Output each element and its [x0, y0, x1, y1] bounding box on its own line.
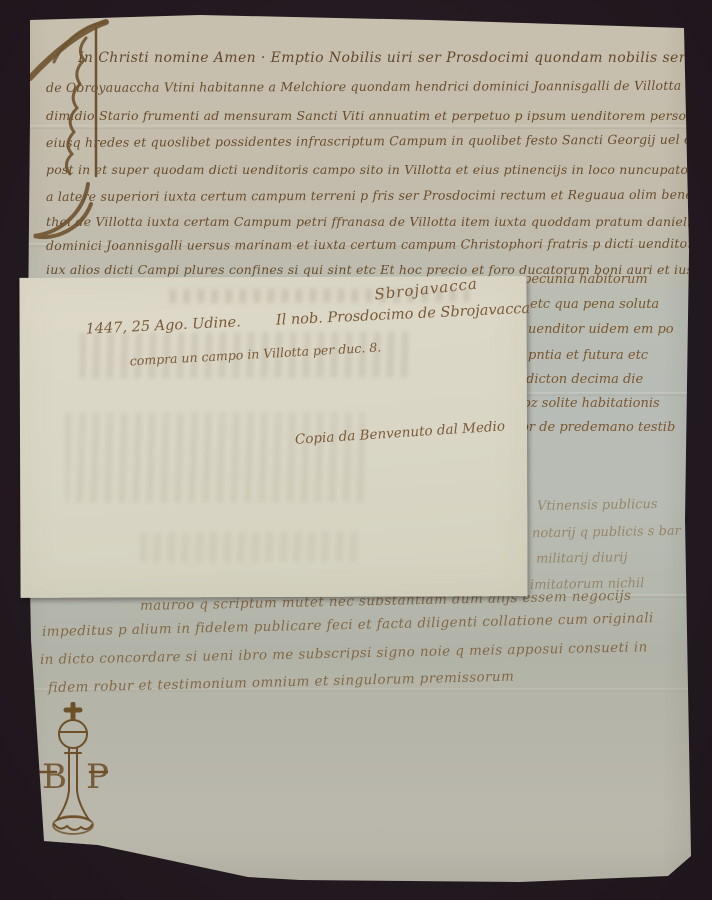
- manuscript-line: dimidio Stario frumenti ad mensuram Sanc…: [46, 108, 712, 123]
- ink-showthrough: [140, 532, 360, 563]
- manuscript-line-fragment: pecunia habitorum: [523, 272, 648, 287]
- faded-fragment: Vtinensis publicus: [537, 497, 658, 514]
- faded-fragment: notarij q publicis s bar: [532, 524, 681, 542]
- note-summary: Il nob. Prosdocimo de Sbrojavacca: [276, 301, 531, 329]
- archivist-note: Sbrojavacca 1447, 25 Ago. Udine. Il nob.…: [19, 276, 527, 598]
- notary-letter-p: P: [86, 757, 108, 797]
- ink-showthrough: [65, 412, 365, 503]
- right-column-fragment: pntia et futura etc: [528, 348, 648, 363]
- manuscript-line: de Obroyauaccha Vtini habitanne a Melchi…: [46, 78, 701, 95]
- manuscript-line: thei de Villotta iuxta certam Campum pet…: [46, 214, 712, 229]
- notary-signum-icon: B P: [38, 702, 108, 837]
- marginal-flourish-icon: [24, 14, 114, 244]
- manuscript-line: post in et super quodam dicti uenditoris…: [46, 162, 712, 177]
- right-column-fragment: oz solite habitationis: [523, 396, 660, 411]
- faded-fragment: militarij diurij: [536, 550, 628, 567]
- right-column-fragment: or de predemano testib: [521, 420, 675, 435]
- right-column-fragment: dicton decima die: [526, 372, 643, 387]
- manuscript-line: dominici Joannisgalli uersus marinam et …: [46, 236, 712, 253]
- manuscript-line: In Christi nomine Amen · Emptio Nobilis …: [78, 50, 712, 66]
- photo: In Christi nomine Amen · Emptio Nobilis …: [0, 0, 712, 900]
- right-column-fragment: etc qua pena soluta: [530, 297, 659, 312]
- manuscript-line: a latere superiori iuxta certum campum t…: [46, 187, 712, 204]
- right-column-fragment: uenditor uidem em po: [528, 322, 674, 337]
- notary-letter-b: B: [42, 757, 67, 797]
